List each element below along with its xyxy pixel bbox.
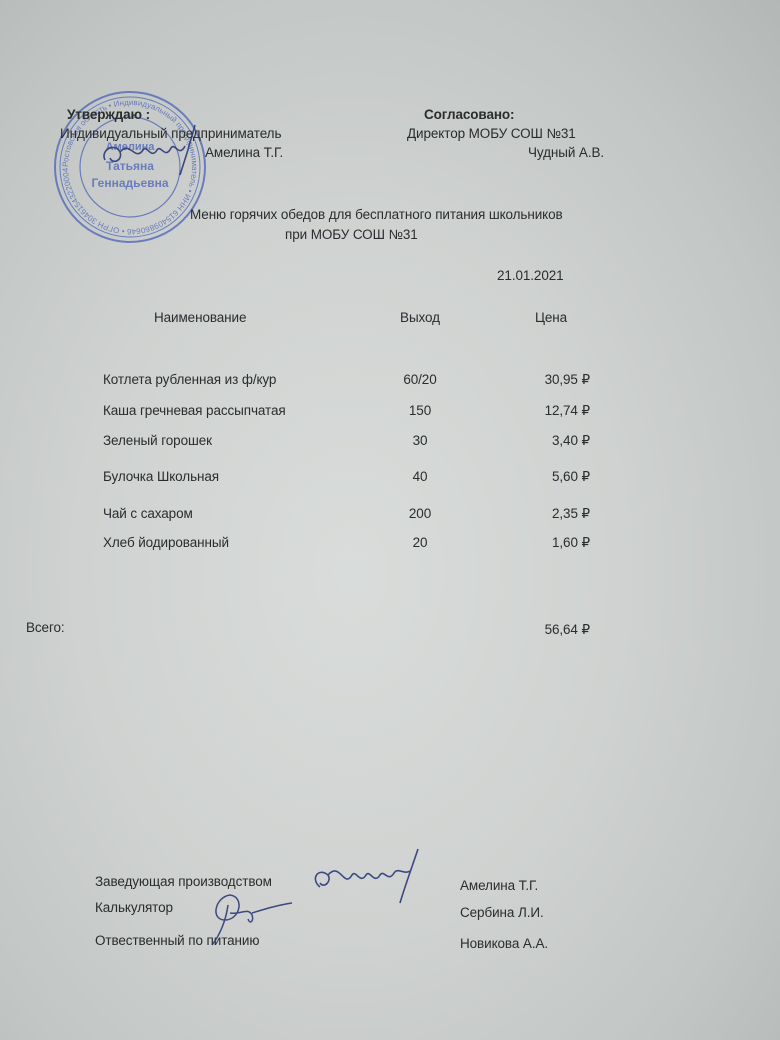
table-row: Булочка Школьная 40 5,60 ₽: [0, 469, 780, 487]
total-value: 56,64 ₽: [545, 622, 590, 638]
row-qty: 20: [380, 535, 460, 550]
table-row: Зеленый горошек 30 3,40 ₽: [0, 433, 780, 451]
row-price: 1,60 ₽: [552, 535, 590, 551]
total-label: Всего:: [26, 620, 65, 635]
row-price: 12,74 ₽: [545, 403, 590, 419]
agreed-heading: Согласовано:: [424, 107, 514, 122]
header-price: Цена: [535, 310, 567, 325]
table-row: Котлета рубленная из ф/кур 60/20 30,95 ₽: [0, 372, 780, 390]
row-name: Зеленый горошек: [103, 433, 212, 448]
table-header: Наименование Выход Цена: [0, 310, 780, 328]
row-name: Чай с сахаром: [103, 506, 193, 521]
row-name: Булочка Школьная: [103, 469, 219, 484]
row-qty: 60/20: [380, 372, 460, 387]
document-title: Меню горячих обедов для бесплатного пита…: [190, 207, 563, 222]
agreed-name: Чудный А.В.: [528, 145, 604, 160]
approve-name: Амелина Т.Г.: [205, 145, 283, 160]
table-row: Хлеб йодированный 20 1,60 ₽: [0, 535, 780, 553]
row-price: 3,40 ₽: [552, 433, 590, 449]
row-name: Котлета рубленная из ф/кур: [103, 372, 276, 387]
document-subtitle: при МОБУ СОШ №31: [285, 227, 418, 242]
sign-name-production: Амелина Т.Г.: [460, 878, 538, 893]
row-name: Каша гречневая рассыпчатая: [103, 403, 286, 418]
sign-name-nutrition: Новикова А.А.: [460, 936, 548, 951]
approve-heading: Утверждаю :: [67, 107, 150, 122]
signature-calculator: [200, 885, 300, 950]
row-qty: 40: [380, 469, 460, 484]
header-name: Наименование: [154, 310, 246, 325]
signature-production: [300, 845, 440, 905]
row-price: 30,95 ₽: [545, 372, 590, 388]
sign-role-calculator: Калькулятор: [95, 900, 173, 915]
table-row: Каша гречневая рассыпчатая 150 12,74 ₽: [0, 403, 780, 421]
document-date: 21.01.2021: [497, 268, 564, 283]
row-qty: 150: [380, 403, 460, 418]
row-price: 5,60 ₽: [552, 469, 590, 485]
row-name: Хлеб йодированный: [103, 535, 229, 550]
row-qty: 30: [380, 433, 460, 448]
agreed-title: Директор МОБУ СОШ №31: [407, 126, 576, 141]
sign-name-calculator: Сербина Л.И.: [460, 905, 544, 920]
approve-title: Индивидуальный предприниматель: [60, 126, 281, 141]
table-row: Чай с сахаром 200 2,35 ₽: [0, 506, 780, 524]
row-price: 2,35 ₽: [552, 506, 590, 522]
header-qty: Выход: [380, 310, 460, 325]
row-qty: 200: [380, 506, 460, 521]
